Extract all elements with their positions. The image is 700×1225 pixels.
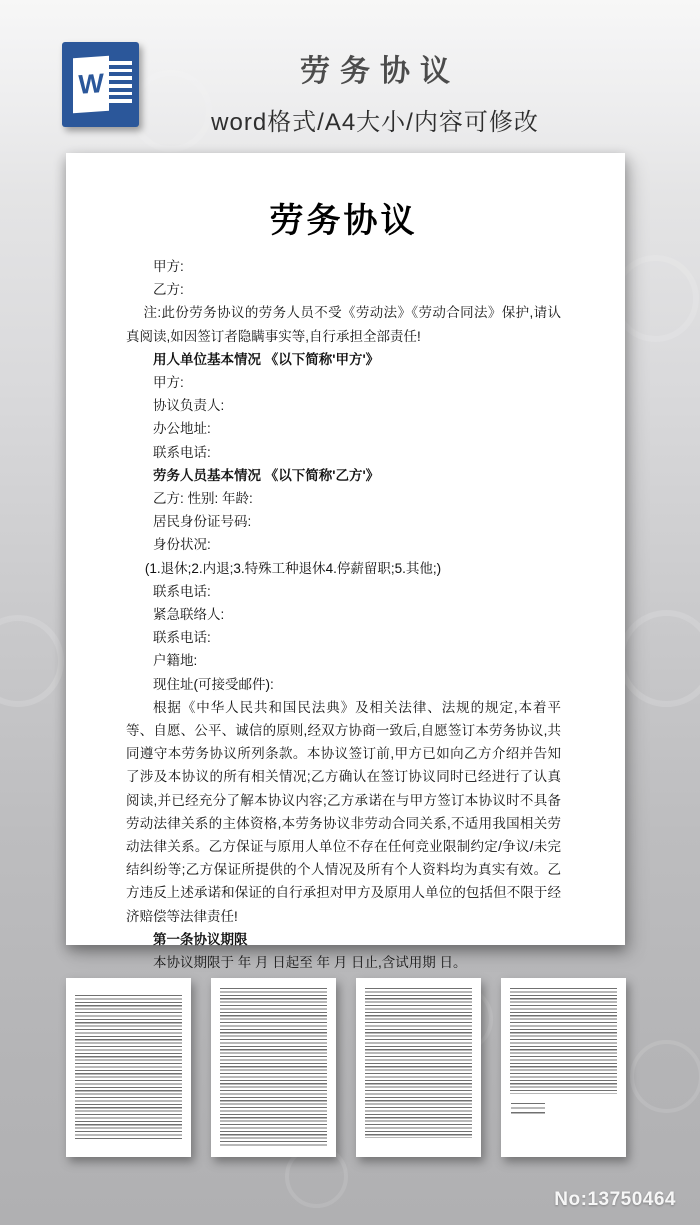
listing-title: 劳务协议 xyxy=(150,46,600,90)
background-swirl-watermark xyxy=(612,255,699,342)
thumbnail-text-block xyxy=(365,988,473,1138)
document-line: 甲方: xyxy=(126,255,561,278)
document-line: 乙方: 性别: 年龄: xyxy=(126,487,561,510)
document-line: 用人单位基本情况 《以下简称'甲方'》 xyxy=(126,348,561,371)
document-line: 注:此份劳务协议的劳务人员不受《劳动法》《劳动合同法》保护,请认真阅读,如因签订… xyxy=(126,301,561,347)
thumbnail-text-block xyxy=(220,988,328,1146)
page-thumbnail-4[interactable] xyxy=(356,978,481,1157)
document-line: 紧急联络人: xyxy=(126,603,561,626)
listing-subtitle: word格式/A4大小/内容可修改 xyxy=(150,102,600,137)
document-line: 联系电话: xyxy=(126,626,561,649)
document-line: 联系电话: xyxy=(126,441,561,464)
document-line: 乙方: xyxy=(126,278,561,301)
document-line: 根据《中华人民共和国民法典》及相关法律、法规的规定,本着平等、自愿、公平、诚信的… xyxy=(126,696,561,928)
document-line: 户籍地: xyxy=(126,649,561,672)
document-line: 劳务人员基本情况 《以下简称'乙方'》 xyxy=(126,464,561,487)
document-line: 身份状况: xyxy=(126,533,561,556)
background-swirl-watermark xyxy=(630,1040,700,1113)
background-swirl-watermark xyxy=(618,610,700,707)
document-preview-page[interactable]: 劳务协议 甲方:乙方:注:此份劳务协议的劳务人员不受《劳动法》《劳动合同法》保护… xyxy=(66,153,625,945)
page-thumbnail-2[interactable] xyxy=(66,978,191,1157)
thumbnail-signature-block xyxy=(511,1103,545,1117)
document-line: 本协议期限于 年 月 日起至 年 月 日止,含试用期 日。 xyxy=(126,951,561,974)
word-icon-letter: W xyxy=(78,70,103,99)
document-line: 甲方: xyxy=(126,371,561,394)
listing-header: 劳务协议 word格式/A4大小/内容可修改 xyxy=(150,40,600,137)
item-number-watermark: No:13750464 xyxy=(554,1189,676,1211)
document-line: 现住址(可接受邮件): xyxy=(126,673,561,696)
document-title: 劳务协议 xyxy=(126,193,561,242)
word-app-icon: W xyxy=(62,42,139,127)
background-swirl-watermark xyxy=(0,615,64,707)
page-thumbnail-5[interactable] xyxy=(501,978,626,1157)
word-icon-page: W xyxy=(73,56,109,114)
document-line: 办公地址: xyxy=(126,417,561,440)
document-line: 第一条协议期限 xyxy=(126,928,561,951)
document-line: (1.退休;2.内退;3.特殊工种退休4.停薪留职;5.其他;) xyxy=(126,557,561,580)
document-line: 协议负责人: xyxy=(126,394,561,417)
page-thumbnail-3[interactable] xyxy=(211,978,336,1157)
word-icon-text-lines xyxy=(109,61,132,107)
document-body: 甲方:乙方:注:此份劳务协议的劳务人员不受《劳动法》《劳动合同法》保护,请认真阅… xyxy=(126,255,561,974)
document-line: 联系电话: xyxy=(126,580,561,603)
document-line: 居民身份证号码: xyxy=(126,510,561,533)
thumbnail-text-block xyxy=(75,995,183,1141)
thumbnail-text-block xyxy=(510,988,618,1094)
